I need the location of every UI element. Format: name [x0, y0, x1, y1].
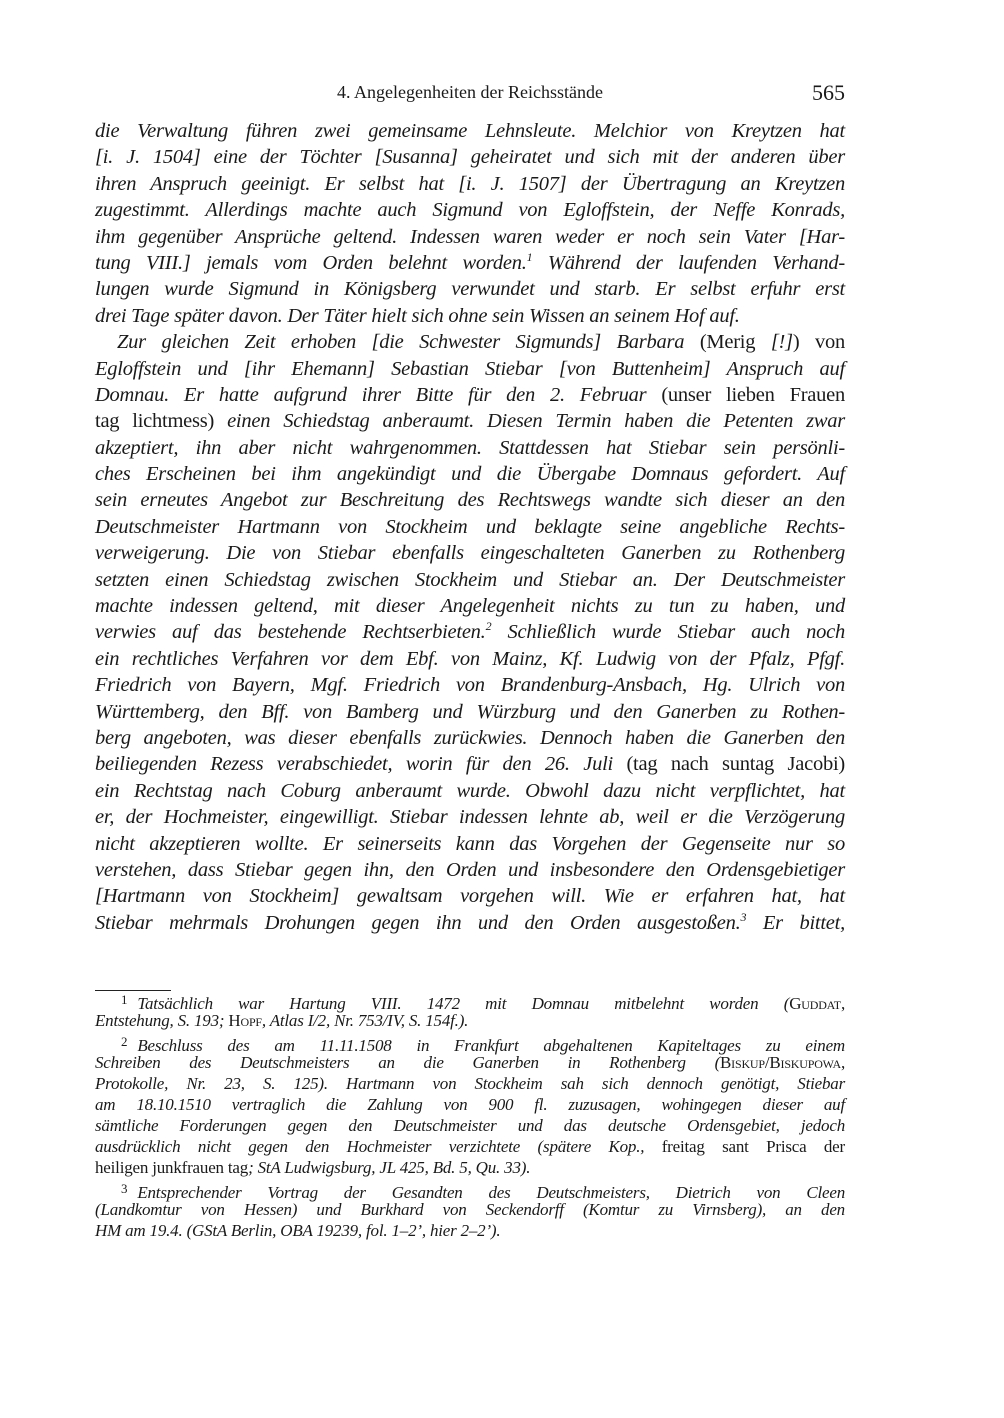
- footnote-2-line: am 18.10.1510 vertraglich die Zahlung vo…: [95, 1094, 845, 1115]
- text-line: Egloffstein und [ihr Ehemann] Sebastian …: [95, 356, 845, 382]
- footnote-3-line: 3Entsprechender Vortrag der Gesandten de…: [95, 1178, 845, 1199]
- page-number: 565: [812, 80, 845, 106]
- footnote-1-line: Entstehung, S. 193; Hopf, Atlas I/2, Nr.…: [95, 1010, 845, 1031]
- document-page: 4. Angelegenheiten der Reichsstände 565 …: [0, 0, 1004, 1418]
- text-line: Deutschmeister Hartmann von Stockheim un…: [95, 514, 845, 540]
- source-quote: (tag nach suntag Jacobi): [626, 753, 845, 775]
- footnote-2-line: Schreiben des Deutschmeisters an die Gan…: [95, 1052, 845, 1073]
- text-line: Friedrich von Bayern, Mgf. Friedrich von…: [95, 672, 845, 698]
- text-line: die Verwaltung führen zwei gemeinsame Le…: [95, 118, 845, 144]
- text-span: Entstehung, S. 193;: [95, 1011, 228, 1030]
- text-line: ihm gegenüber Ansprüche geltend. Indesse…: [95, 224, 845, 250]
- text-line: [Hartmann von Stockheim] gewaltsam vorge…: [95, 883, 845, 909]
- footnote-2-line: heiligen junkfrauen tag; StA Ludwigsburg…: [95, 1157, 845, 1178]
- footnote-3-line: (Landkomtur von Hessen) und Burkhard von…: [95, 1199, 845, 1220]
- text-line: zugestimmt. Allerdings machte auch Sigmu…: [95, 197, 845, 223]
- source-quote: (unser lieben Frauen: [661, 384, 845, 406]
- text-line: er, der Hochmeister, eingewilligt. Stieb…: [95, 804, 845, 830]
- text-line: ein rechtliches Verfahren vor dem Ebf. v…: [95, 646, 845, 672]
- main-text: die Verwaltung führen zwei gemeinsame Le…: [95, 118, 845, 936]
- text-line: Domnau. Er hatte aufgrund ihrer Bitte fü…: [95, 382, 845, 408]
- footnote-3-line: HM am 19.4. (GStA Berlin, OBA 19239, fol…: [95, 1220, 845, 1241]
- text-line: Württemberg, den Bff. von Bamberg und Wü…: [95, 699, 845, 725]
- text-line: ches Erscheinen bei ihm angekündigt und …: [95, 461, 845, 487]
- footnote-2-line: 2Beschluss des am 11.11.1508 in Frankfur…: [95, 1031, 845, 1052]
- text-line: Stiebar mehrmals Drohungen gegen ihn und…: [95, 910, 845, 936]
- text-line: lungen wurde Sigmund in Königsberg verwu…: [95, 276, 845, 302]
- author-name: Biskup/Biskupowa: [720, 1053, 841, 1072]
- text-span: Stiebar mehrmals Drohungen gegen ihn und…: [95, 912, 740, 934]
- running-header: 4. Angelegenheiten der Reichsstände 565: [95, 80, 845, 106]
- paragraph-start-line: Zur gleichen Zeit erhoben [die Schwester…: [95, 329, 845, 355]
- text-line: berg angeboten, was dieser ebenfalls zur…: [95, 725, 845, 751]
- footnote-number: 2: [121, 1034, 127, 1049]
- source-quote: tag lichtmess): [95, 410, 227, 432]
- footnote-2-line: Protokolle, Nr. 23, S. 125). Hartmann vo…: [95, 1073, 845, 1094]
- text-span: Schließlich wurde Stiebar auch noch: [491, 621, 845, 643]
- text-line: verwies auf das bestehende Rechtserbiete…: [95, 619, 845, 645]
- footnotes: 1Tatsächlich war Hartung VIII. 1472 mit …: [95, 989, 845, 1241]
- text-span: Domnau. Er hatte aufgrund ihrer Bitte fü…: [95, 384, 661, 406]
- text-span: Zur gleichen Zeit erhoben [die Schwester…: [117, 331, 700, 353]
- running-title: 4. Angelegenheiten der Reichsstände: [95, 82, 845, 103]
- text-span: ,: [841, 994, 845, 1013]
- footnote-1-line: 1Tatsächlich war Hartung VIII. 1472 mit …: [95, 989, 845, 1010]
- text-line: nicht akzeptieren wollte. Er seinerseits…: [95, 831, 845, 857]
- text-span: , Atlas I/2, Nr. 753/IV, S. 154f.).: [262, 1011, 468, 1030]
- author-name: Hopf: [228, 1011, 262, 1030]
- footnote-number: 1: [121, 992, 127, 1007]
- text-line: beiliegenden Rezess verabschiedet, worin…: [95, 751, 845, 777]
- text-span: tung VIII.] jemals vom Orden belehnt wor…: [95, 252, 527, 274]
- text-line: verweigerung. Die von Stiebar ebenfalls …: [95, 540, 845, 566]
- text-line: tag lichtmess) einen Schiedstag anberaum…: [95, 408, 845, 434]
- text-line: [i. J. 1504] eine der Töchter [Susanna] …: [95, 144, 845, 170]
- text-span: ,: [841, 1053, 845, 1072]
- text-line: tung VIII.] jemals vom Orden belehnt wor…: [95, 250, 845, 276]
- text-span: verwies auf das bestehende Rechtserbiete…: [95, 621, 486, 643]
- text-line: ihren Anspruch geeinigt. Er selbst hat […: [95, 171, 845, 197]
- text-span: Während der laufenden Verhand-: [532, 252, 845, 274]
- footnote-2-line: sämtliche Forderungen gegen den Deutschm…: [95, 1115, 845, 1136]
- text-span: ausdrücklich nicht gegen den Hochmeister…: [95, 1137, 662, 1156]
- footnote-2-line: ausdrücklich nicht gegen den Hochmeister…: [95, 1136, 845, 1157]
- source-quote: (Merig: [700, 331, 771, 353]
- text-line: setzten einen Schiedstag zwischen Stockh…: [95, 567, 845, 593]
- text-line: sein erneutes Angebot zur Beschreitung d…: [95, 487, 845, 513]
- source-quote: heiligen junkfrauen tag: [95, 1158, 248, 1177]
- text-span: Er bittet,: [746, 912, 845, 934]
- text-span: Schreiben des Deutschmeisters an die Gan…: [95, 1053, 720, 1072]
- footnote-number: 3: [121, 1181, 127, 1196]
- author-name: Guddat: [789, 994, 841, 1013]
- text-span: einen Schiedstag anberaumt. Diesen Termi…: [227, 410, 845, 432]
- text-line: verstehen, dass Stiebar gegen ihn, den O…: [95, 857, 845, 883]
- editorial-mark: [!]: [771, 331, 793, 353]
- text-line: akzeptiert, ihn aber nicht wahrgenommen.…: [95, 435, 845, 461]
- text-span: ; StA Ludwigsburg, JL 425, Bd. 5, Qu. 33…: [248, 1158, 530, 1177]
- text-line: ein Rechtstag nach Coburg anberaumt wurd…: [95, 778, 845, 804]
- text-span: beiliegenden Rezess verabschiedet, worin…: [95, 753, 626, 775]
- source-quote: ) von: [793, 331, 845, 353]
- text-line: drei Tage später davon. Der Täter hielt …: [95, 303, 845, 329]
- text-line: machte indessen geltend, mit dieser Ange…: [95, 593, 845, 619]
- source-quote: freitag sant Prisca der: [662, 1137, 845, 1156]
